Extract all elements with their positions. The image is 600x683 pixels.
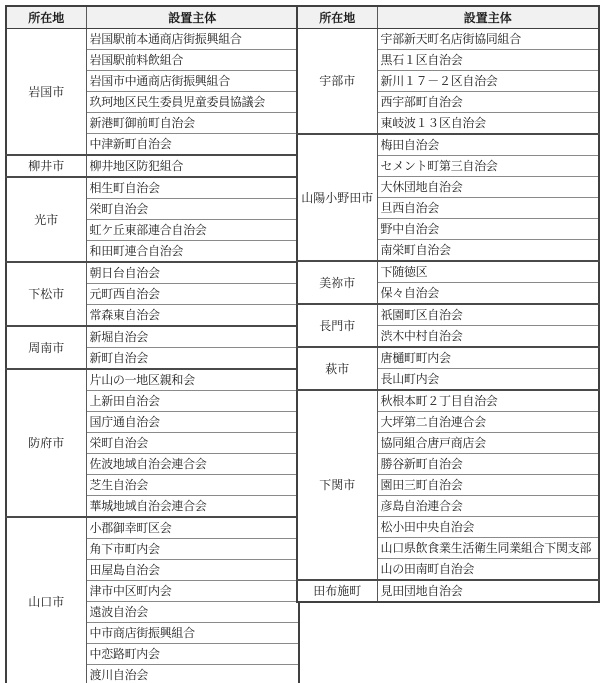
entity-cell: セメント町第三自治会: [377, 156, 599, 177]
location-cell: 柳井市: [6, 155, 86, 177]
table-row: 美祢市下随徳区: [297, 261, 599, 283]
entity-cell: 唐樋町町内会: [377, 347, 599, 369]
entity-cell: 渡川自治会: [86, 665, 299, 683]
table-row: 田布施町見田団地自治会: [297, 580, 599, 602]
column-header-location: 所在地: [6, 6, 86, 29]
entity-cell: 彦島自治連合会: [377, 496, 599, 517]
location-cell: 周南市: [6, 326, 86, 369]
entity-cell: 遠波自治会: [86, 602, 299, 623]
entity-cell: 朝日台自治会: [86, 262, 299, 284]
entity-cell: 梅田自治会: [377, 134, 599, 156]
entity-cell: 新町自治会: [86, 348, 299, 370]
location-cell: 田布施町: [297, 580, 377, 602]
table-row: 柳井市柳井地区防犯組合: [6, 155, 299, 177]
entity-cell: 上新田自治会: [86, 391, 299, 412]
entity-cell: 中津新町自治会: [86, 134, 299, 156]
table-row: 下松市朝日台自治会: [6, 262, 299, 284]
location-cell: 山口市: [6, 517, 86, 683]
entity-cell: 中恋路町内会: [86, 644, 299, 665]
entity-cell: 大坪第二自治連合会: [377, 412, 599, 433]
entity-cell: 角下市町内会: [86, 539, 299, 560]
entity-cell: 渋木中村自治会: [377, 326, 599, 348]
entity-cell: 宇部新天町名店街協同組合: [377, 29, 599, 50]
entity-cell: 大休団地自治会: [377, 177, 599, 198]
entity-cell: 勝谷新町自治会: [377, 454, 599, 475]
location-cell: 長門市: [297, 304, 377, 347]
location-cell: 岩国市: [6, 29, 86, 156]
location-cell: 下関市: [297, 390, 377, 580]
table-row: 光市相生町自治会: [6, 177, 299, 199]
entity-cell: 山の田南町自治会: [377, 559, 599, 581]
column-header-entity: 設置主体: [377, 6, 599, 29]
table-header-row: 所在地 設置主体: [297, 6, 599, 29]
location-cell: 光市: [6, 177, 86, 262]
table-row: 宇部市宇部新天町名店街協同組合: [297, 29, 599, 50]
table-row: 岩国市岩国駅前本通商店街振興組合: [6, 29, 299, 50]
entity-cell: 岩国駅前料飲組合: [86, 50, 299, 71]
entity-cell: 国庁通自治会: [86, 412, 299, 433]
table-row: 周南市新堀自治会: [6, 326, 299, 348]
entity-cell: 東岐波１３区自治会: [377, 113, 599, 135]
table-row: 山陽小野田市梅田自治会: [297, 134, 599, 156]
entity-cell: 常森東自治会: [86, 305, 299, 327]
location-cell: 萩市: [297, 347, 377, 390]
entity-cell: 和田町連合自治会: [86, 241, 299, 263]
table-row: 下関市秋根本町２丁目自治会: [297, 390, 599, 412]
entity-cell: 虹ケ丘東部連合自治会: [86, 220, 299, 241]
entity-cell: 相生町自治会: [86, 177, 299, 199]
page: 所在地 設置主体 岩国市岩国駅前本通商店街振興組合岩国駅前料飲組合岩国市中通商店…: [0, 0, 600, 683]
entity-cell: 南栄町自治会: [377, 240, 599, 262]
entity-cell: 津市中区町内会: [86, 581, 299, 602]
entity-cell: 芝生自治会: [86, 475, 299, 496]
location-cell: 山陽小野田市: [297, 134, 377, 261]
entity-cell: 見田団地自治会: [377, 580, 599, 602]
entity-cell: 中市商店街振興組合: [86, 623, 299, 644]
entity-cell: 新川１７－２区自治会: [377, 71, 599, 92]
location-cell: 防府市: [6, 369, 86, 517]
installation-table-right: 所在地 設置主体 宇部市宇部新天町名店街協同組合黒石１区自治会新川１７－２区自治…: [296, 5, 600, 603]
installation-table-left: 所在地 設置主体 岩国市岩国駅前本通商店街振興組合岩国駅前料飲組合岩国市中通商店…: [5, 5, 300, 683]
table-row: 萩市唐樋町町内会: [297, 347, 599, 369]
entity-cell: 栄町自治会: [86, 433, 299, 454]
entity-cell: 岩国駅前本通商店街振興組合: [86, 29, 299, 50]
entity-cell: 野中自治会: [377, 219, 599, 240]
location-cell: 宇部市: [297, 29, 377, 135]
location-cell: 下松市: [6, 262, 86, 326]
entity-cell: 祇園町区自治会: [377, 304, 599, 326]
entity-cell: 旦西自治会: [377, 198, 599, 219]
entity-cell: 元町西自治会: [86, 284, 299, 305]
table-row: 防府市片山の一地区親和会: [6, 369, 299, 391]
entity-cell: 下随徳区: [377, 261, 599, 283]
location-cell: 美祢市: [297, 261, 377, 304]
entity-cell: 協同組合唐戸商店会: [377, 433, 599, 454]
entity-cell: 栄町自治会: [86, 199, 299, 220]
entity-cell: 玖珂地区民生委員児童委員協議会: [86, 92, 299, 113]
entity-cell: 新堀自治会: [86, 326, 299, 348]
entity-cell: 佐波地域自治会連合会: [86, 454, 299, 475]
entity-cell: 保々自治会: [377, 283, 599, 305]
table-row: 山口市小郡御幸町区会: [6, 517, 299, 539]
entity-cell: 園田三町自治会: [377, 475, 599, 496]
entity-cell: 長山町内会: [377, 369, 599, 391]
entity-cell: 新港町御前町自治会: [86, 113, 299, 134]
entity-cell: 秋根本町２丁目自治会: [377, 390, 599, 412]
table-header-row: 所在地 設置主体: [6, 6, 299, 29]
column-header-location: 所在地: [297, 6, 377, 29]
table-row: 長門市祇園町区自治会: [297, 304, 599, 326]
entity-cell: 黒石１区自治会: [377, 50, 599, 71]
entity-cell: 田屋島自治会: [86, 560, 299, 581]
column-header-entity: 設置主体: [86, 6, 299, 29]
entity-cell: 片山の一地区親和会: [86, 369, 299, 391]
entity-cell: 小郡御幸町区会: [86, 517, 299, 539]
entity-cell: 柳井地区防犯組合: [86, 155, 299, 177]
entity-cell: 華城地域自治会連合会: [86, 496, 299, 518]
entity-cell: 岩国市中通商店街振興組合: [86, 71, 299, 92]
entity-cell: 松小田中央自治会: [377, 517, 599, 538]
entity-cell: 山口県飲食業生活衛生同業組合下関支部: [377, 538, 599, 559]
entity-cell: 西宇部町自治会: [377, 92, 599, 113]
